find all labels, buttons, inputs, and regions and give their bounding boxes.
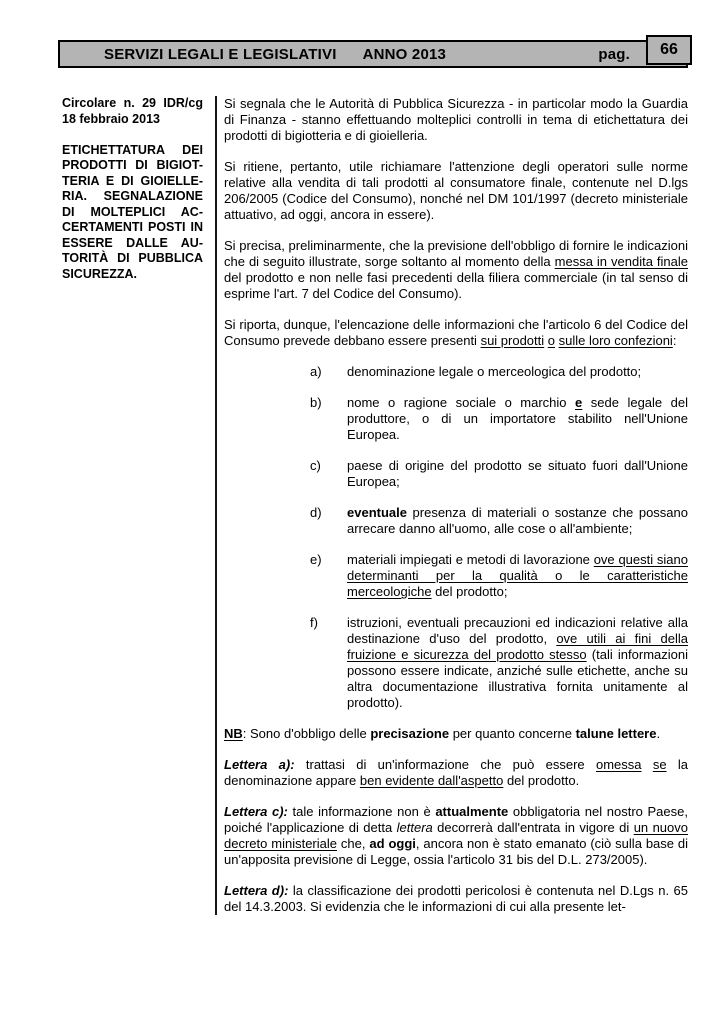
text-segment: Si ritiene, pertanto, utile richiamare l…	[224, 159, 688, 222]
paragraph: Si precisa, preliminarmente, che la prev…	[224, 238, 688, 302]
text-segment: NB	[224, 726, 243, 741]
sidebar-line: ETICHETTATURA DEI	[62, 143, 203, 159]
paragraph: Si riporta, dunque, l'elencazione delle …	[224, 317, 688, 349]
circular-sidebar: Circolare n. 29 IDR/cg18 febbraio 2013ET…	[62, 96, 217, 915]
sidebar-line: Circolare n. 29 IDR/cg	[62, 96, 203, 112]
text-segment: Lettera d):	[224, 883, 288, 898]
paragraph: Lettera c): tale informazione non è attu…	[224, 804, 688, 868]
list-marker: c)	[310, 458, 321, 474]
text-segment: denominazione legale o merceologica del …	[347, 364, 641, 379]
text-segment: del prodotto e non nelle fasi precedenti…	[224, 270, 688, 301]
list-marker: a)	[310, 364, 322, 380]
list-item: c)paese di origine del prodotto se situa…	[224, 458, 688, 490]
text-segment: eventuale	[347, 505, 407, 520]
text-segment: ad oggi	[369, 836, 416, 851]
header-year: ANNO 2013	[363, 46, 447, 63]
text-segment: talune lettere	[576, 726, 657, 741]
text-segment: la classificazione dei prodotti pericolo…	[224, 883, 688, 914]
list-marker: b)	[310, 395, 322, 411]
paragraph: Lettera d): la classificazione dei prodo…	[224, 883, 688, 915]
text-segment: messa in vendita finale	[555, 254, 688, 269]
text-segment: Lettera a):	[224, 757, 295, 772]
list-item: e)materiali impiegati e metodi di lavora…	[224, 552, 688, 600]
list-text: istruzioni, eventuali precauzioni ed ind…	[347, 615, 688, 710]
header-title: SERVIZI LEGALI E LEGISLATIVI	[104, 46, 337, 63]
list-text: eventuale presenza di materiali o sostan…	[347, 505, 688, 536]
sidebar-line: DI MOLTEPLICI AC-	[62, 205, 203, 221]
page-number: 66	[660, 41, 678, 59]
text-segment: materiali impiegati e metodi di lavorazi…	[347, 552, 594, 567]
text-segment: sui prodotti	[481, 333, 545, 348]
header-bar: SERVIZI LEGALI E LEGISLATIVI ANNO 2013 p…	[58, 40, 688, 68]
text-segment	[642, 757, 653, 772]
text-segment: del prodotto;	[432, 584, 508, 599]
paragraph: Si ritiene, pertanto, utile richiamare l…	[224, 159, 688, 223]
document-page: { "header": { "title": "SERVIZI LEGALI E…	[0, 0, 724, 1024]
text-segment: del prodotto.	[503, 773, 579, 788]
text-segment: decorrerà dall'entrata in vigore di	[433, 820, 634, 835]
document-content: Circolare n. 29 IDR/cg18 febbraio 2013ET…	[62, 96, 688, 915]
main-column: Si segnala che le Autorità di Pubblica S…	[217, 96, 688, 915]
text-segment: paese di origine del prodotto se situato…	[347, 458, 688, 489]
sidebar-line: 18 febbraio 2013	[62, 112, 203, 128]
list-text: paese di origine del prodotto se situato…	[347, 458, 688, 489]
list-text: materiali impiegati e metodi di lavorazi…	[347, 552, 688, 599]
text-segment: ben evidente dall'aspetto	[360, 773, 503, 788]
text-segment: sulle loro confezioni	[559, 333, 673, 348]
page-label: pag.	[598, 46, 630, 63]
text-segment: Lettera c):	[224, 804, 288, 819]
list-text: nome o ragione sociale o marchio e sede …	[347, 395, 688, 442]
sidebar-line: ESSERE DALLE AU-	[62, 236, 203, 252]
text-segment: o	[548, 333, 555, 348]
text-segment: omessa	[596, 757, 642, 772]
list-marker: f)	[310, 615, 318, 631]
list-marker: d)	[310, 505, 322, 521]
paragraph: Si segnala che le Autorità di Pubblica S…	[224, 96, 688, 144]
list-text: denominazione legale o merceologica del …	[347, 364, 641, 379]
text-segment: attualmente	[435, 804, 508, 819]
text-segment: precisazione	[370, 726, 449, 741]
sidebar-line: PRODOTTI DI BIGIOT-	[62, 158, 203, 174]
sidebar-line: TORITÀ DI PUBBLICA	[62, 251, 203, 267]
list-item: d)eventuale presenza di materiali o sost…	[224, 505, 688, 537]
text-segment: nome o ragione sociale o marchio	[347, 395, 575, 410]
text-segment: : Sono d'obbligo delle	[243, 726, 371, 741]
sidebar-line: RIA. SEGNALAZIONE	[62, 189, 203, 205]
page-number-box: 66	[646, 35, 692, 65]
text-segment: lettera	[397, 820, 433, 835]
list-item: f)istruzioni, eventuali precauzioni ed i…	[224, 615, 688, 711]
paragraph: Lettera a): trattasi di un'informazione …	[224, 757, 688, 789]
text-segment: :	[673, 333, 677, 348]
text-segment: che,	[337, 836, 369, 851]
list-item: a)denominazione legale o merceologica de…	[224, 364, 688, 380]
text-segment: tale informazione non è	[288, 804, 435, 819]
sidebar-line: TERIA E DI GIOIELLE-	[62, 174, 203, 190]
text-segment: .	[656, 726, 660, 741]
paragraph: NB: Sono d'obbligo delle precisazione pe…	[224, 726, 688, 742]
sidebar-line: CERTAMENTI POSTI IN	[62, 220, 203, 236]
sidebar-line	[62, 127, 203, 143]
text-segment: se	[653, 757, 667, 772]
text-segment: trattasi di un'informazione che può esse…	[295, 757, 596, 772]
list-item: b)nome o ragione sociale o marchio e sed…	[224, 395, 688, 443]
list-marker: e)	[310, 552, 322, 568]
sidebar-lines: Circolare n. 29 IDR/cg18 febbraio 2013ET…	[62, 96, 203, 282]
text-segment: Si segnala che le Autorità di Pubblica S…	[224, 96, 688, 143]
sidebar-line: SICUREZZA.	[62, 267, 203, 283]
text-segment: per quanto concerne	[449, 726, 575, 741]
